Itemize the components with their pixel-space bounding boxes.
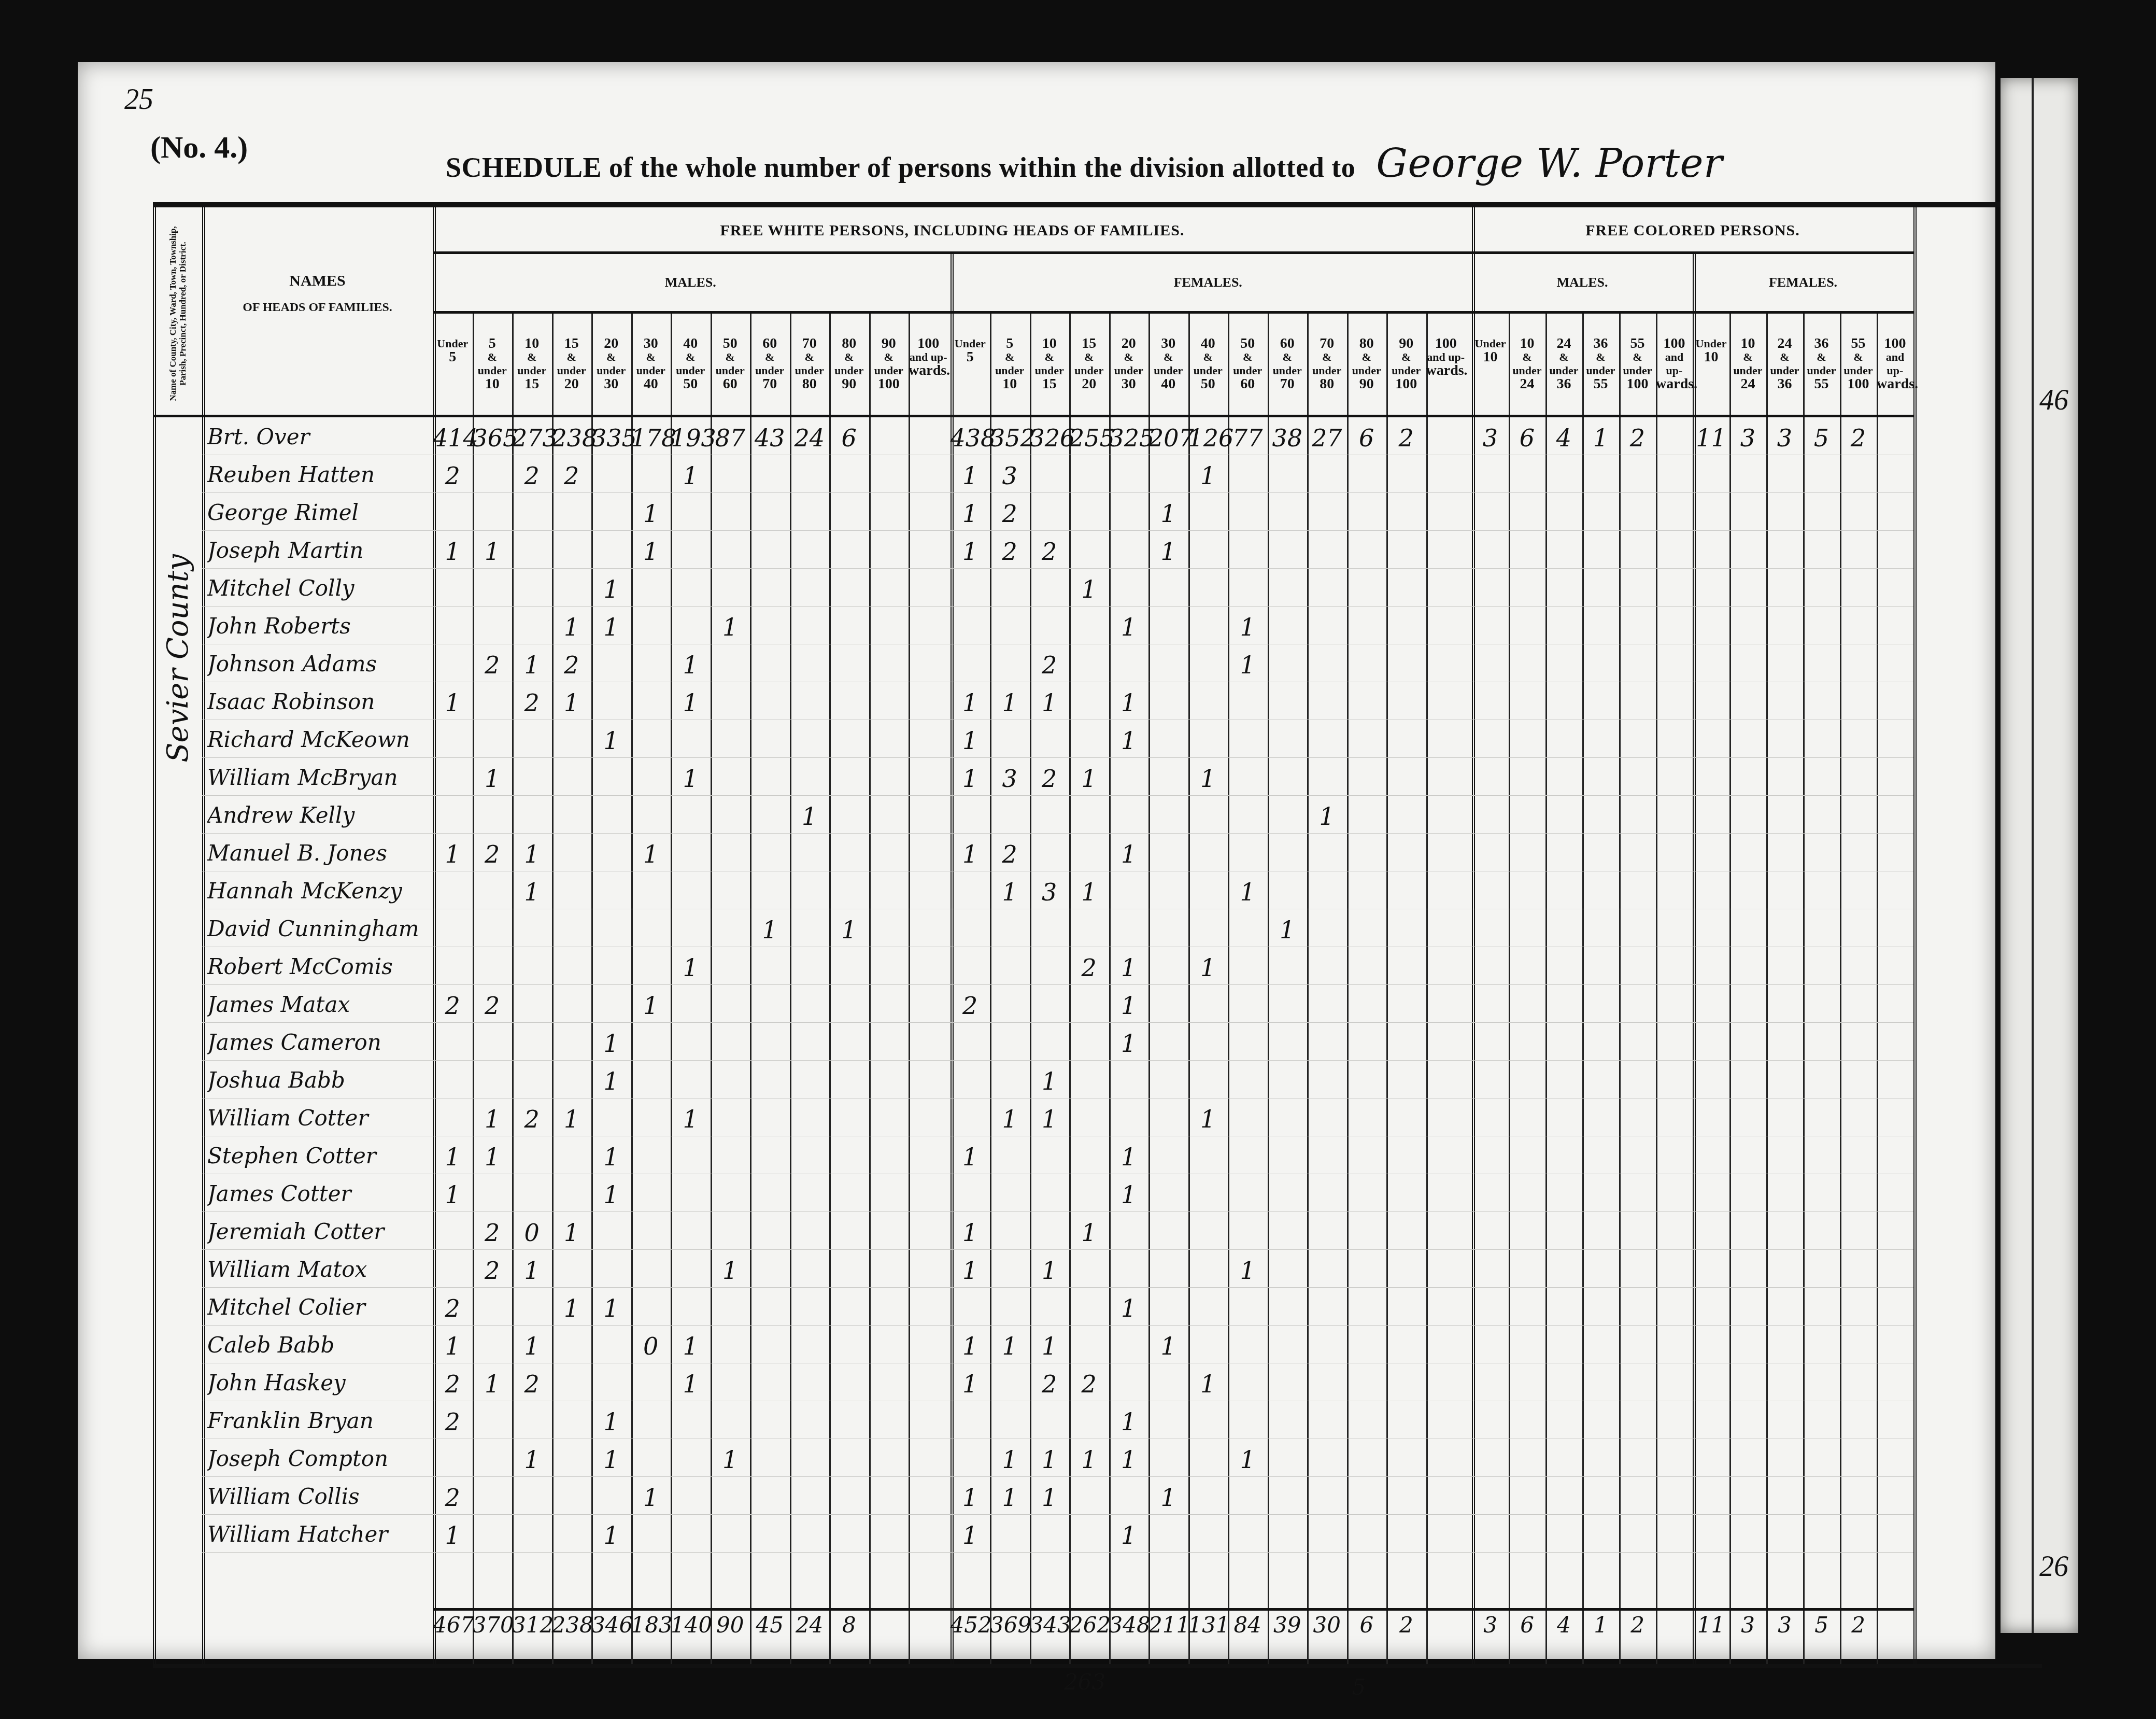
age-range-top: 100 [1656,337,1693,350]
white-male-count: 1 [591,1446,631,1474]
white-male-age-column-header: 5& under10 [473,337,513,391]
colored-male-count: 2 [1619,424,1656,452]
table-rule [1877,311,1878,1664]
household-head-name: Joseph Martin [207,538,430,563]
white-male-count: 193 [671,424,711,452]
white-female-count: 1 [951,689,990,717]
household-head-name: Isaac Robinson [207,689,430,714]
white-female-count: 2 [990,538,1030,566]
total-white-female: 30 [1307,1612,1347,1638]
white-female-count: 2 [1069,954,1109,982]
white-male-age-column-header: 90& under100 [869,337,909,391]
age-range-bottom: 15 [1030,377,1070,391]
white-male-count: 365 [473,424,513,452]
white-female-count: 2 [1030,651,1070,679]
age-range-bottom: 15 [512,377,552,391]
colored-male-age-column-header: Under10 [1472,337,1509,364]
white-male-count: 1 [512,651,552,679]
row-rule [202,871,1913,871]
white-female-count: 1 [951,462,990,490]
row-rule [202,757,1913,758]
row-rule [202,1401,1913,1401]
household-head-name: William Matox [207,1257,430,1282]
age-range-bottom: 80 [1307,377,1347,391]
age-range-top: 50 [711,337,750,350]
total-white-female: 39 [1268,1612,1308,1638]
white-female-count: 1 [951,727,990,755]
white-male-count: 1 [473,538,513,566]
white-male-count: 1 [631,840,671,868]
household-head-name: James Cameron [207,1030,430,1055]
household-head-name: William Hatcher [207,1521,430,1547]
row-rule [202,1552,1913,1553]
white-male-count: 273 [512,424,552,452]
white-female-count: 1 [1109,1143,1149,1171]
total-white-male: 346 [591,1612,631,1638]
age-range-top: 80 [829,337,869,350]
household-head-name: Andrew Kelly [207,802,430,828]
total-colored-male: 2 [1619,1612,1656,1638]
age-range-top: 10 [1729,337,1766,350]
age-range-top: 70 [1307,337,1347,350]
colored-male-age-column-header: 55& under100 [1619,337,1656,391]
white-male-count: 1 [591,575,631,603]
age-range-mid: & under [1188,350,1228,377]
white-female-count: 1 [951,1332,990,1360]
white-female-count: 27 [1307,424,1347,452]
age-range-bottom: 100 [1840,377,1877,391]
white-male-count: 1 [671,651,711,679]
white-female-count: 1 [1228,651,1268,679]
colored-female-age-column-header: 36& under55 [1803,337,1840,391]
white-female-age-column-header: 80& under90 [1347,337,1387,391]
colored-male-age-column-header: 24& under36 [1545,337,1582,391]
margin-note: 263 [1064,1669,1105,1695]
white-female-count: 2 [1069,1370,1109,1398]
age-range-bottom: 10 [990,377,1030,391]
household-head-name: George Rimel [207,500,430,525]
household-head-name: Robert McComis [207,954,430,979]
white-female-count: 1 [951,840,990,868]
white-female-count: 1 [990,1484,1030,1512]
row-rule [202,455,1913,455]
white-male-count: 2 [512,462,552,490]
row-rule [202,1211,1913,1212]
age-range-top: 5 [473,337,513,350]
age-range-bottom: wards. [1877,377,1913,391]
white-male-count: 2 [433,1408,473,1436]
white-male-count: 1 [433,1181,473,1209]
white-male-count: 2 [433,992,473,1020]
row-rule [202,1136,1913,1136]
age-range-bottom: wards. [1656,377,1693,391]
white-female-count: 1 [1030,1105,1070,1133]
table-rule [1509,311,1510,1664]
table-rule [1803,311,1805,1664]
age-range-mid: & under [1509,350,1545,377]
white-male-count: 1 [552,1294,592,1322]
household-head-name: Brt. Over [207,424,430,449]
age-range-mid: & under [711,350,750,377]
page-number: 25 [124,83,153,116]
white-female-count: 1 [1109,1446,1149,1474]
table-rule [433,251,1913,254]
row-rule [202,568,1913,569]
white-female-count: 3 [990,765,1030,793]
total-colored-female: 11 [1693,1612,1729,1638]
white-male-count: 1 [433,1332,473,1360]
white-female-count: 1 [990,1105,1030,1133]
age-range-bottom: 40 [1148,377,1188,391]
white-female-age-column-header: 50& under60 [1228,337,1268,391]
age-range-top: 15 [1069,337,1109,350]
age-range-mid: & under [1069,350,1109,377]
age-range-bottom: wards. [909,364,948,377]
white-male-count: 1 [433,1521,473,1549]
white-female-count: 2 [951,992,990,1020]
white-male-count: 1 [591,1294,631,1322]
age-range-mid: & under [1109,350,1149,377]
age-range-bottom: 80 [790,377,830,391]
age-range-top: 10 [1509,337,1545,350]
white-male-count: 1 [552,1105,592,1133]
age-range-bottom: 20 [552,377,592,391]
total-colored-female: 5 [1803,1612,1840,1638]
white-male-count: 1 [591,727,631,755]
white-male-count: 1 [631,538,671,566]
age-range-mid: & under [1766,350,1803,377]
total-white-male: 140 [671,1612,711,1638]
table-rule [1582,311,1584,1664]
table-rule [1307,311,1309,1664]
white-female-count: 1 [1109,1030,1149,1058]
age-range-mid: & under [1386,350,1426,377]
white-male-count: 2 [473,1257,513,1285]
white-females-header: FEMALES. [951,275,1466,290]
age-range-top: 30 [631,337,671,350]
white-male-count: 1 [631,1484,671,1512]
white-female-count: 1 [990,1332,1030,1360]
age-range-bottom: 30 [591,377,631,391]
total-white-female: 84 [1228,1612,1268,1638]
total-colored-female: 2 [1840,1612,1877,1638]
white-female-count: 1 [951,1219,990,1247]
white-male-count: 1 [790,802,830,830]
total-colored-female: 3 [1729,1612,1766,1638]
age-range-mid: & under [990,350,1030,377]
age-range-bottom: 100 [1619,377,1656,391]
row-rule [202,1249,1913,1250]
colored-male-count: 3 [1472,424,1509,452]
enumerator-name: George W. Porter [1376,140,1723,186]
white-female-age-column-header: 15& under20 [1069,337,1109,391]
household-head-name: Johnson Adams [207,651,430,677]
colored-male-age-column-header: 36& under55 [1582,337,1619,391]
age-range-top: 90 [869,337,909,350]
white-female-count: 1 [951,538,990,566]
age-range-top: 40 [1188,337,1228,350]
white-female-count: 1 [1148,1332,1188,1360]
age-range-bottom: 100 [1386,377,1426,391]
total-white-female: 262 [1069,1612,1109,1638]
age-range-bottom: wards. [1426,364,1466,377]
white-male-count: 2 [473,651,513,679]
age-range-top: 100 [1426,337,1466,350]
white-female-count: 1 [1148,538,1188,566]
white-female-count: 1 [1030,1067,1070,1095]
schedule-title: SCHEDULE of the whole number of persons … [446,140,1723,186]
white-female-count: 1 [990,878,1030,906]
white-male-count: 2 [473,1219,513,1247]
white-male-age-column-header: 100and up-wards. [909,337,948,377]
household-head-name: John Roberts [207,613,430,639]
white-male-count: 2 [552,462,592,490]
white-male-count: 1 [591,1143,631,1171]
age-range-mid: & under [1840,350,1877,377]
age-range-top: 60 [1268,337,1308,350]
table-rule [202,207,205,1664]
white-female-count: 1 [1109,1408,1149,1436]
total-colored-male: 3 [1472,1612,1509,1638]
white-male-age-column-header: 60& under70 [750,337,790,391]
age-range-bottom: 36 [1545,377,1582,391]
white-male-count: 1 [512,878,552,906]
total-colored-male: 4 [1545,1612,1582,1638]
row-rule [202,492,1913,493]
age-range-top: 70 [790,337,830,350]
age-range-mid: & under [671,350,711,377]
white-female-age-column-header: 5& under10 [990,337,1030,391]
adjacent-page-value: 46 [2039,384,2068,417]
age-range-bottom: 30 [1109,377,1149,391]
row-rule [202,833,1913,834]
white-female-count: 3 [1030,878,1070,906]
household-head-name: James Cotter [207,1181,430,1206]
row-rule [202,1476,1913,1477]
total-white-female: 131 [1188,1612,1228,1638]
white-female-count: 1 [1109,1181,1149,1209]
white-male-count: 1 [433,689,473,717]
white-female-count: 1 [1188,462,1228,490]
white-male-age-column-header: 30& under40 [631,337,671,391]
white-female-count: 1 [1109,840,1149,868]
white-female-count: 1 [1069,765,1109,793]
white-female-count: 1 [951,500,990,528]
table-rule [790,311,791,1664]
row-rule [202,1022,1913,1023]
adjacent-page-edge: 46 26 [2001,78,2078,1633]
white-male-count: 1 [671,462,711,490]
total-white-male: 467 [433,1612,473,1638]
colored-female-age-column-header: 55& under100 [1840,337,1877,391]
colored-male-count: 6 [1509,424,1545,452]
total-white-male: 90 [711,1612,750,1638]
table-rule [1347,311,1349,1664]
colored-female-age-column-header: 24& under36 [1766,337,1803,391]
white-female-count: 1 [1069,575,1109,603]
white-female-count: 2 [1030,765,1070,793]
age-range-bottom: 36 [1766,377,1803,391]
white-male-count: 335 [591,424,631,452]
total-white-male: 8 [829,1612,869,1638]
age-range-top: 80 [1347,337,1387,350]
table-rule [1426,311,1428,1664]
white-female-count: 1 [1188,765,1228,793]
row-rule [202,795,1913,796]
total-white-female: 2 [1386,1612,1426,1638]
age-range-mid: & under [1729,350,1766,377]
row-rule [202,644,1913,644]
location-column-header: Name of County, City, Ward, Town, Townsh… [153,218,202,410]
age-range-top: 90 [1386,337,1426,350]
white-male-count: 2 [512,1370,552,1398]
age-range-bottom: 55 [1582,377,1619,391]
white-female-count: 1 [951,765,990,793]
white-female-count: 1 [951,1370,990,1398]
white-male-count: 1 [591,1030,631,1058]
table-rule [1693,251,1696,1664]
location-column-label: Name of County, City, Ward, Town, Townsh… [168,226,188,402]
white-male-count: 1 [671,689,711,717]
white-male-count: 1 [591,613,631,641]
white-female-count: 2 [1030,538,1070,566]
household-head-name: Stephen Cotter [207,1143,430,1168]
white-male-count: 1 [433,1143,473,1171]
free-colored-header: FREE COLORED PERSONS. [1472,222,1913,239]
white-male-count: 1 [671,765,711,793]
white-male-count: 1 [631,500,671,528]
table-rule [671,311,672,1664]
household-head-name: Manuel B. Jones [207,840,430,866]
white-male-count: 1 [671,954,711,982]
row-rule [202,909,1913,909]
household-head-name: John Haskey [207,1370,430,1396]
white-male-count: 0 [512,1219,552,1247]
age-range-top: 55 [1840,337,1877,350]
white-female-count: 352 [990,424,1030,452]
white-male-count: 1 [552,613,592,641]
household-head-name: James Matax [207,992,430,1017]
age-range-bottom: 24 [1729,377,1766,391]
white-female-age-column-header: 90& under100 [1386,337,1426,391]
age-range-bottom: 40 [631,377,671,391]
row-rule [202,1514,1913,1515]
white-female-count: 1 [1030,1257,1070,1285]
white-male-count: 1 [512,1332,552,1360]
age-range-top: 36 [1803,337,1840,350]
age-range-bottom: 20 [1069,377,1109,391]
table-rule [1619,311,1621,1664]
age-range-bottom: 5 [433,350,473,364]
household-head-name: William Cotter [207,1105,430,1131]
age-range-top: 60 [750,337,790,350]
white-male-count: 1 [591,1408,631,1436]
table-rule [1913,207,1917,1664]
white-female-count: 1 [1109,727,1149,755]
white-female-count: 255 [1069,424,1109,452]
total-white-female: 452 [951,1612,990,1638]
white-male-age-column-header: 70& under80 [790,337,830,391]
white-female-count: 77 [1228,424,1268,452]
age-range-top: 24 [1766,337,1803,350]
colored-female-age-column-header: Under10 [1693,337,1729,364]
total-white-male: 370 [473,1612,513,1638]
household-head-name: Mitchel Colier [207,1294,430,1320]
row-rule [202,984,1913,985]
colored-male-age-column-header: 100and up-wards. [1656,337,1693,391]
age-range-bottom: 100 [869,377,909,391]
white-female-count: 1 [951,1521,990,1549]
margin-note: 5 [1352,1674,1366,1700]
row-rule [202,1439,1913,1439]
row-rule [202,1174,1913,1174]
table-rule [1840,311,1841,1664]
total-white-female: 6 [1347,1612,1387,1638]
age-range-mid: and up- [1877,350,1913,377]
white-female-count: 2 [990,500,1030,528]
total-white-male: 238 [552,1612,592,1638]
household-head-name: Hannah McKenzy [207,878,430,904]
age-range-mid: & under [1803,350,1840,377]
age-range-bottom: 24 [1509,377,1545,391]
age-range-bottom: 10 [473,377,513,391]
white-male-count: 1 [829,916,869,944]
white-male-age-column-header: 40& under50 [671,337,711,391]
table-rule [153,207,156,1664]
table-rule [1656,311,1657,1664]
total-white-male: 45 [750,1612,790,1638]
total-white-female: 343 [1030,1612,1070,1638]
age-range-mid: & under [1347,350,1387,377]
white-female-count: 1 [990,689,1030,717]
age-range-bottom: 10 [1472,350,1509,364]
white-female-count: 1 [1069,1219,1109,1247]
age-range-mid: & under [591,350,631,377]
age-range-mid: & under [552,350,592,377]
white-female-count: 1 [1188,954,1228,982]
names-title: NAMES [202,272,433,290]
table-rule [869,311,871,1664]
row-rule [202,947,1913,947]
age-range-bottom: 70 [750,377,790,391]
white-female-count: 1 [1069,878,1109,906]
age-range-mid: & under [1307,350,1347,377]
age-range-top: 10 [1030,337,1070,350]
white-males-header: MALES. [433,275,948,290]
white-male-age-column-header: 15& under20 [552,337,592,391]
age-range-top: 15 [552,337,592,350]
white-male-count: 2 [552,651,592,679]
age-range-bottom: 5 [951,350,990,364]
table-rule [1766,311,1768,1664]
household-head-name: Richard McKeown [207,727,430,752]
title-text: SCHEDULE of the whole number of persons … [446,152,1355,183]
white-female-count: 1 [1228,878,1268,906]
white-male-count: 238 [552,424,592,452]
white-female-count: 207 [1148,424,1188,452]
table-rule [1268,311,1269,1664]
age-range-mid: & under [631,350,671,377]
colored-female-count: 2 [1840,424,1877,452]
row-rule [202,1325,1913,1326]
age-range-mid: & under [473,350,513,377]
table-rule [433,311,1913,314]
age-range-mid: & under [1545,350,1582,377]
white-male-count: 2 [473,992,513,1020]
table-rule [909,311,910,1664]
white-female-count: 2 [1386,424,1426,452]
white-male-count: 24 [790,424,830,452]
